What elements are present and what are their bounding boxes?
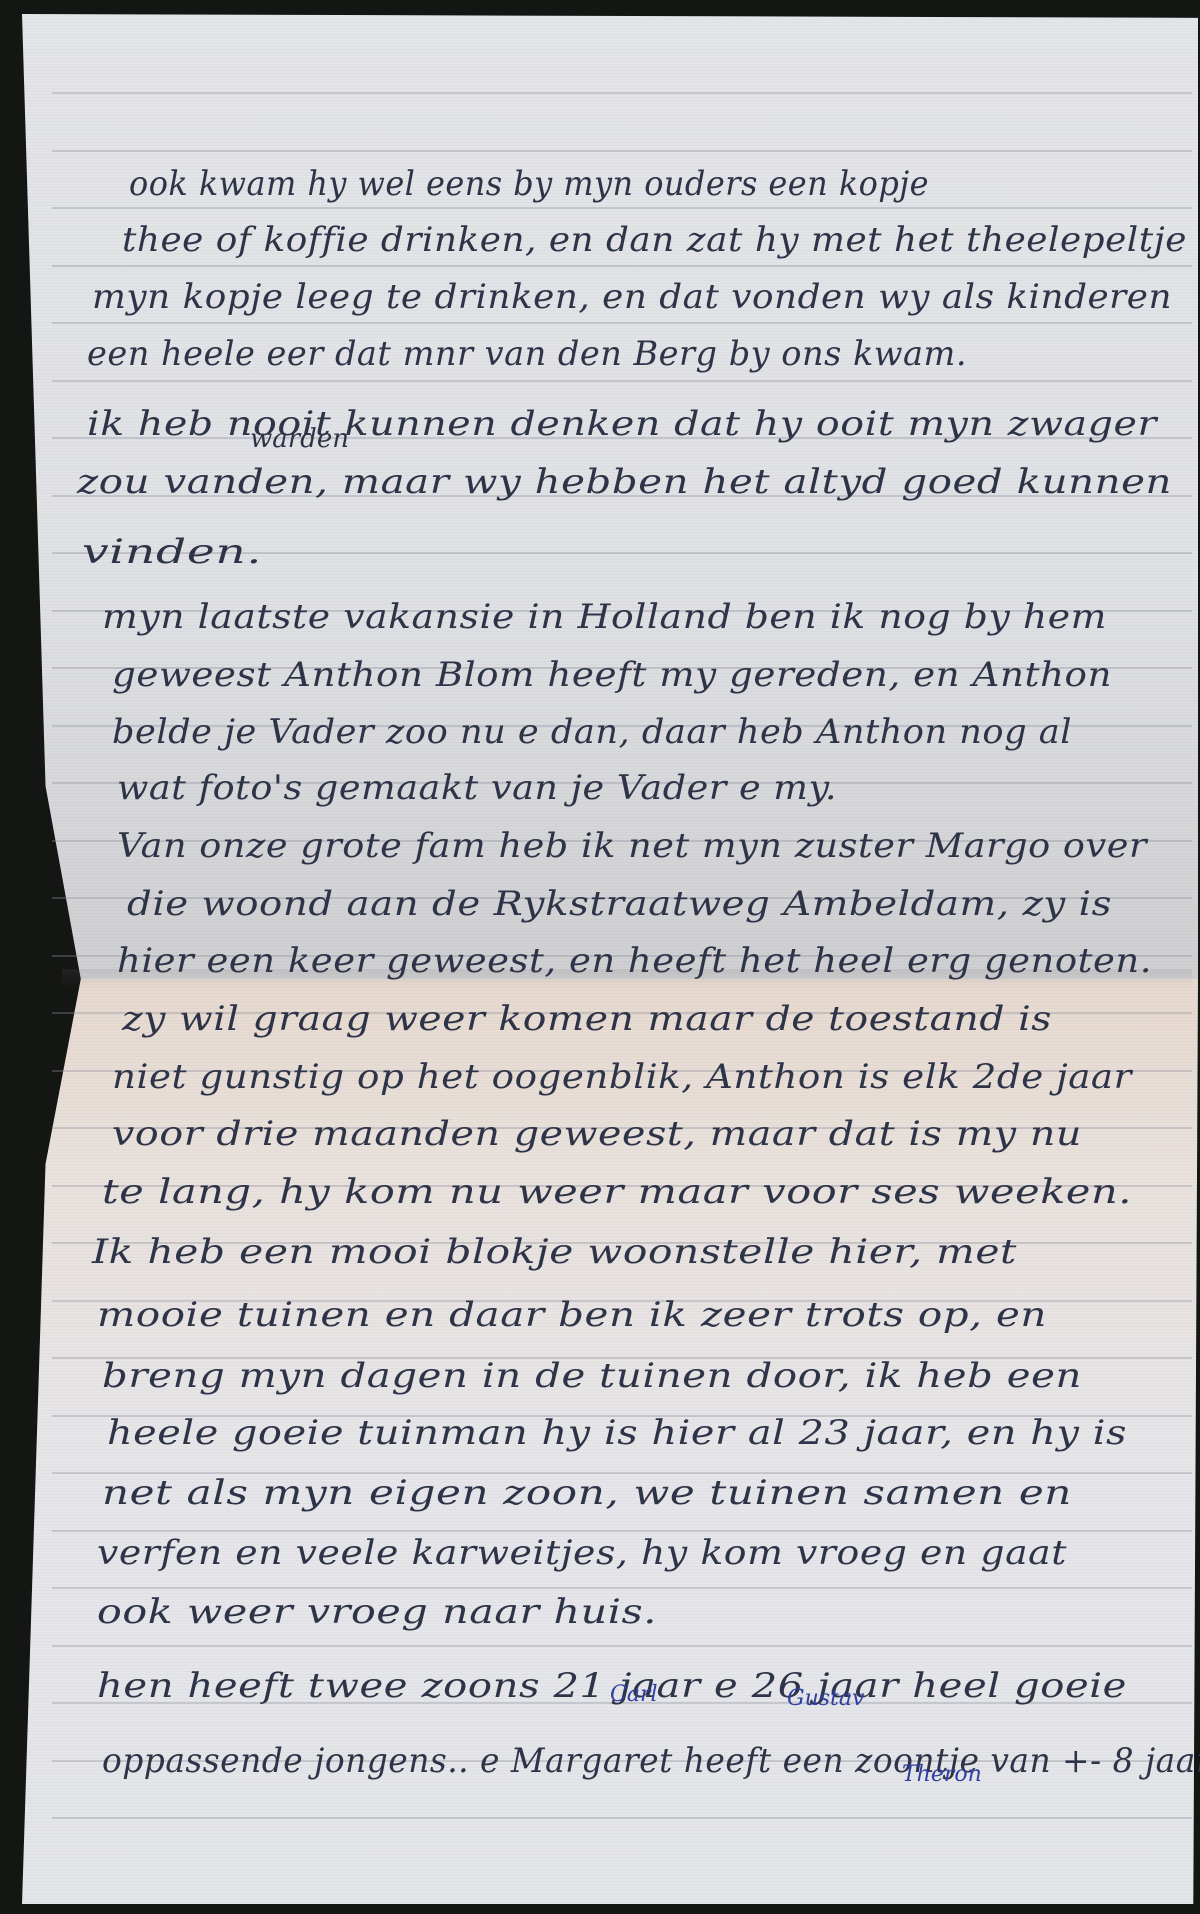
- ruled-line: [52, 380, 1192, 382]
- ruled-line: [52, 150, 1192, 152]
- annotation-warden: warden: [250, 424, 349, 454]
- handwritten-line: Ik heb een mooi blokje woonstelle hier, …: [92, 1232, 1017, 1272]
- handwritten-line: ik heb nooit kunnen denken dat hy ooit m…: [87, 404, 1157, 444]
- handwritten-line: hier een keer geweest, en heeft het heel…: [117, 941, 1152, 981]
- ruled-line: [52, 322, 1192, 324]
- handwritten-line: vinden.: [82, 532, 262, 572]
- handwritten-line: Van onze grote fam heb ik net myn zuster…: [117, 826, 1147, 866]
- ruled-line: [52, 265, 1192, 267]
- handwritten-line: zy wil graag weer komen maar de toestand…: [122, 999, 1052, 1039]
- annotation-theron: Theron: [902, 1762, 982, 1787]
- handwritten-line: zou vanden, maar wy hebben het altyd goe…: [77, 462, 1172, 502]
- handwritten-line: ook kwam hy wel eens by myn ouders een k…: [129, 164, 929, 204]
- handwritten-line: ook weer vroeg naar huis.: [97, 1592, 657, 1632]
- letter-sheet: ook kwam hy wel eens by myn ouders een k…: [22, 14, 1198, 1904]
- handwritten-line: myn kopje leeg te drinken, en dat vonden…: [92, 277, 1172, 317]
- annotation-gustav: Gustav: [787, 1686, 864, 1711]
- handwritten-line: voor drie maanden geweest, maar dat is m…: [112, 1114, 1082, 1154]
- handwritten-line: myn laatste vakansie in Holland ben ik n…: [102, 597, 1107, 637]
- handwritten-line: niet gunstig op het oogenblik, Anthon is…: [112, 1057, 1132, 1097]
- handwritten-line: verfen en veele karweitjes, hy kom vroeg…: [97, 1533, 1067, 1573]
- handwritten-line: net als myn eigen zoon, we tuinen samen …: [102, 1473, 1072, 1513]
- handwritten-line: heele goeie tuinman hy is hier al 23 jaa…: [107, 1413, 1127, 1453]
- ruled-line: [52, 1530, 1192, 1532]
- handwritten-line: te lang, hy kom nu weer maar voor ses we…: [102, 1172, 1132, 1212]
- ruled-line: [52, 1645, 1192, 1647]
- handwritten-line: een heele eer dat mnr van den Berg by on…: [87, 334, 967, 374]
- handwritten-line: breng myn dagen in de tuinen door, ik he…: [102, 1356, 1082, 1396]
- handwritten-line: thee of koffie drinken, en dan zat hy me…: [122, 220, 1187, 260]
- ruled-line: [52, 1587, 1192, 1589]
- handwritten-line: belde je Vader zoo nu e dan, daar heb An…: [112, 712, 1072, 752]
- handwritten-line: oppassende jongens.. e Margaret heeft ee…: [102, 1741, 1200, 1781]
- handwritten-line: mooie tuinen en daar ben ik zeer trots o…: [97, 1295, 1047, 1335]
- handwritten-line: wat foto's gemaakt van je Vader e my.: [117, 768, 837, 808]
- ruled-line: [52, 92, 1192, 94]
- handwritten-line: die woond aan de Rykstraatweg Ambeldam, …: [127, 884, 1112, 924]
- ruled-line: [52, 1817, 1192, 1819]
- annotation-carl: Carl: [610, 1682, 658, 1707]
- handwritten-line: geweest Anthon Blom heeft my gereden, en…: [112, 655, 1112, 695]
- ruled-line: [52, 207, 1192, 209]
